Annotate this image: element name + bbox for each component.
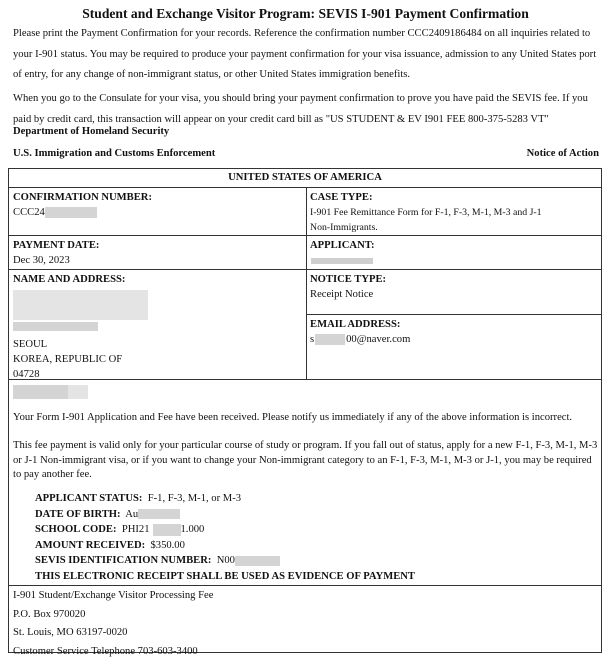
department-name: Department of Homeland Security	[13, 124, 169, 140]
redacted-street	[13, 321, 148, 332]
redaction-blur	[13, 290, 148, 320]
email-address-cell: EMAIL ADDRESS: s00@naver.com	[310, 317, 410, 347]
divider	[8, 269, 602, 270]
notice-of-action-label: Notice of Action	[527, 146, 599, 162]
footer-line-3: St. Louis, MO 63197-0020	[13, 624, 213, 643]
divider	[8, 187, 602, 188]
divider	[306, 314, 602, 315]
applicant-status-value: F-1, F-3, M-1, or M-3	[148, 493, 241, 504]
redaction-blur	[13, 322, 98, 331]
redaction-blur	[153, 524, 181, 536]
address-city: SEOUL	[13, 337, 148, 352]
school-code-prefix: PHI21	[122, 524, 150, 535]
intro-paragraph-1: Please print the Payment Confirmation fo…	[13, 24, 603, 86]
case-type-value-line2: Non-Immigrants.	[310, 220, 598, 235]
date-of-birth-label: DATE OF BIRTH:	[35, 509, 121, 520]
confirmation-number-label: CONFIRMATION NUMBER:	[13, 190, 152, 205]
applicant-value	[310, 253, 375, 268]
applicant-label: APPLICANT:	[310, 238, 375, 253]
applicant-cell: APPLICANT:	[310, 238, 375, 268]
confirmation-number-cell: CONFIRMATION NUMBER: CCC24	[13, 190, 152, 220]
page-title: Student and Exchange Visitor Program: SE…	[0, 5, 611, 23]
email-suffix: 00@naver.com	[346, 334, 410, 345]
sevis-id-label: SEVIS IDENTIFICATION NUMBER:	[35, 555, 211, 566]
footer-address: I-901 Student/Exchange Visitor Processin…	[13, 587, 213, 661]
redacted-applicant-name	[13, 385, 88, 399]
school-code-label: SCHOOL CODE:	[35, 524, 117, 535]
address-postal-code: 04728	[13, 367, 148, 382]
payment-date-value: Dec 30, 2023	[13, 253, 99, 268]
address-country: KOREA, REPUBLIC OF	[13, 352, 148, 367]
redaction-blur	[315, 334, 345, 345]
sevis-id-row: SEVIS IDENTIFICATION NUMBER: N00	[35, 553, 415, 569]
notice-type-value: Receipt Notice	[310, 287, 386, 302]
date-of-birth-prefix: Au	[125, 509, 138, 520]
footer-line-1: I-901 Student/Exchange Visitor Processin…	[13, 587, 213, 606]
name-address-cell: NAME AND ADDRESS: SEOUL KOREA, REPUBLIC …	[13, 272, 148, 382]
confirmation-number-visible: CCC24	[13, 207, 45, 218]
sub-agency-name: U.S. Immigration and Customs Enforcement	[13, 146, 215, 162]
notice-type-label: NOTICE TYPE:	[310, 272, 386, 287]
column-divider	[306, 187, 307, 380]
footer-line-2: P.O. Box 970020	[13, 606, 213, 625]
amount-received-label: AMOUNT RECEIVED:	[35, 540, 145, 551]
validity-notice: This fee payment is valid only for your …	[13, 439, 598, 483]
evidence-statement: THIS ELECTRONIC RECEIPT SHALL BE USED AS…	[35, 569, 415, 585]
confirmation-number-value: CCC24	[13, 205, 152, 220]
details-list: APPLICANT STATUS: F-1, F-3, M-1, or M-3 …	[35, 491, 415, 585]
applicant-status-row: APPLICANT STATUS: F-1, F-3, M-1, or M-3	[35, 491, 415, 507]
divider	[8, 235, 602, 236]
received-notice: Your Form I-901 Application and Fee have…	[13, 411, 598, 426]
case-type-cell: CASE TYPE: I-901 Fee Remittance Form for…	[310, 190, 598, 235]
footer-line-4: Customer Service Telephone 703-603-3400	[13, 643, 213, 662]
redaction-blur	[235, 556, 280, 566]
email-prefix: s	[310, 334, 314, 345]
school-code-suffix: 1.000	[181, 524, 205, 535]
redaction-blur	[13, 385, 68, 399]
amount-received-row: AMOUNT RECEIVED: $350.00	[35, 538, 415, 554]
redaction-blur	[68, 385, 88, 399]
table-header: UNITED STATES OF AMERICA	[8, 168, 602, 188]
applicant-status-label: APPLICANT STATUS:	[35, 493, 142, 504]
notice-type-cell: NOTICE TYPE: Receipt Notice	[310, 272, 386, 302]
redaction-blur	[138, 509, 180, 519]
divider	[8, 585, 602, 586]
payment-date-cell: PAYMENT DATE: Dec 30, 2023	[13, 238, 99, 268]
email-address-value: s00@naver.com	[310, 332, 410, 347]
payment-date-label: PAYMENT DATE:	[13, 238, 99, 253]
redacted-name	[13, 290, 148, 320]
redaction-blur	[45, 207, 97, 218]
name-address-label: NAME AND ADDRESS:	[13, 272, 148, 287]
case-type-value-line1: I-901 Fee Remittance Form for F-1, F-3, …	[310, 205, 598, 220]
school-code-row: SCHOOL CODE: PHI211.000	[35, 522, 415, 538]
date-of-birth-row: DATE OF BIRTH: Au	[35, 507, 415, 523]
case-type-label: CASE TYPE:	[310, 190, 598, 205]
redaction-blur	[311, 258, 373, 264]
sevis-id-prefix: N00	[217, 555, 235, 566]
amount-received-value: $350.00	[150, 540, 184, 551]
email-address-label: EMAIL ADDRESS:	[310, 317, 410, 332]
